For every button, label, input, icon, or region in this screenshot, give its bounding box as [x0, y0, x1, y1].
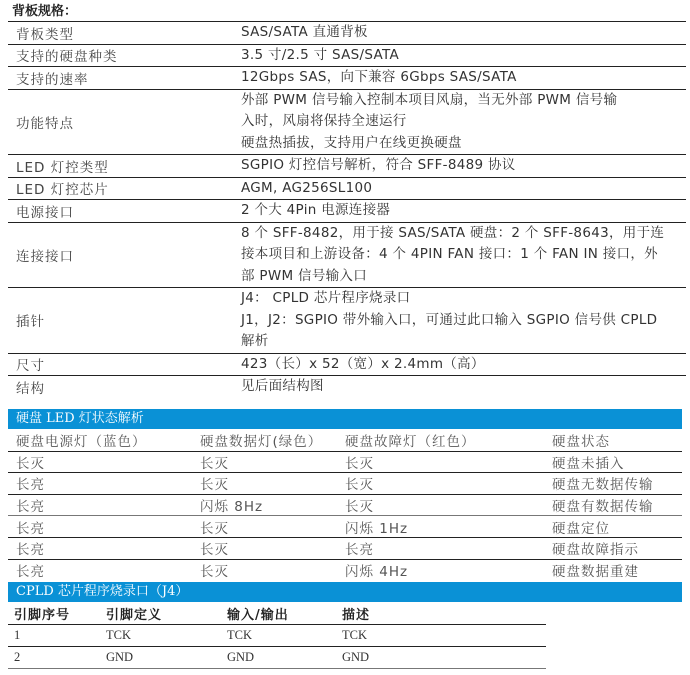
spec-value: 外部 PWM 信号输入控制本项目风扇，当无外部 PWM 信号输 入时，风扇将保持…: [240, 90, 686, 155]
table-row: 长亮 长灭 闪烁 4Hz 硬盘数据重建: [8, 560, 682, 582]
spec-value-line: 解析: [241, 331, 686, 353]
cell: 硬盘数据重建: [552, 560, 682, 580]
spec-key: 插针: [8, 288, 240, 353]
cell: 长亮: [8, 517, 200, 537]
cell: TCK: [342, 628, 546, 643]
cell: GND: [227, 650, 342, 665]
spec-key: LED 灯控类型: [8, 155, 240, 177]
table-row: 长亮 长灭 长灭 硬盘无数据传输: [8, 473, 682, 495]
spec-value-line: 12Gbps SAS，向下兼容 6Gbps SAS/SATA: [241, 67, 686, 89]
cell: GND: [342, 650, 546, 665]
spec-row-disk-types: 支持的硬盘种类 3.5 寸/2.5 寸 SAS/SATA: [8, 44, 686, 67]
spec-value: AGM, AG256SL100: [240, 178, 686, 200]
spec-key: 支持的硬盘种类: [8, 45, 240, 67]
cell: 长亮: [8, 538, 200, 558]
header-io: 输入/输出: [227, 604, 342, 623]
cpld-pin-table: 引脚序号 引脚定义 输入/输出 描述 1 TCK TCK TCK 2 GND G…: [8, 603, 546, 669]
cell: 长灭: [8, 452, 200, 472]
spec-value-line: 外部 PWM 信号输入控制本项目风扇，当无外部 PWM 信号输: [241, 90, 686, 112]
spec-row-pins: 插针 J4： CPLD 芯片程序烧录口 J1，J2：SGPIO 带外输入口，可通…: [8, 287, 686, 353]
spec-key: 背板类型: [8, 22, 240, 44]
spec-key: 功能特点: [8, 90, 240, 155]
cell: 长亮: [8, 495, 200, 515]
spec-row-backplane-type: 背板类型 SAS/SATA 直通背板: [8, 21, 686, 44]
spec-value-line: AGM, AG256SL100: [241, 178, 686, 200]
header-pin-definition: 引脚定义: [106, 604, 227, 623]
led-status-table: 硬盘电源灯（蓝色） 硬盘数据灯(绿色） 硬盘故障灯（红色） 硬盘状态 长灭 长灭…: [8, 430, 682, 581]
spec-value: 8 个 SFF-8482，用于接 SAS/SATA 硬盘：2 个 SFF-864…: [240, 223, 686, 288]
spec-row-connectors: 连接接口 8 个 SFF-8482，用于接 SAS/SATA 硬盘：2 个 SF…: [8, 222, 686, 288]
header-fault-led: 硬盘故障灯（红色）: [345, 430, 552, 450]
spec-value-line: J4： CPLD 芯片程序烧录口: [241, 288, 686, 310]
cpld-table-header: 引脚序号 引脚定义 输入/输出 描述: [8, 603, 546, 625]
spec-value-line: J1，J2：SGPIO 带外输入口，可通过此口输入 SGPIO 信号供 CPLD: [241, 310, 686, 332]
spec-value-line: 接本项目和上游设备：4 个 4PIN FAN 接口：1 个 FAN IN 接口，…: [241, 244, 686, 266]
table-row: 长亮 长灭 闪烁 1Hz 硬盘定位: [8, 516, 682, 538]
spec-row-structure: 结构 见后面结构图: [8, 375, 686, 398]
spec-value: 12Gbps SAS，向下兼容 6Gbps SAS/SATA: [240, 67, 686, 89]
cell: 长灭: [200, 517, 345, 537]
spec-value-line: 423（长）x 52（宽）x 2.4mm（高）: [241, 354, 686, 376]
header-disk-status: 硬盘状态: [552, 430, 682, 450]
cell: 闪烁 1Hz: [345, 517, 552, 537]
spec-value: SAS/SATA 直通背板: [240, 22, 686, 44]
spec-value: 423（长）x 52（宽）x 2.4mm（高）: [240, 354, 686, 376]
header-data-led: 硬盘数据灯(绿色）: [200, 430, 345, 450]
cell: 硬盘有数据传输: [552, 495, 682, 515]
cell: 硬盘未插入: [552, 452, 682, 472]
spec-value-line: 3.5 寸/2.5 寸 SAS/SATA: [241, 45, 686, 67]
cell: 长亮: [8, 560, 200, 580]
cell: 长灭: [200, 452, 345, 472]
cell: 长灭: [345, 495, 552, 515]
table-row: 2 GND GND GND: [8, 647, 546, 669]
spec-key: 支持的速率: [8, 67, 240, 89]
led-table-header: 硬盘电源灯（蓝色） 硬盘数据灯(绿色） 硬盘故障灯（红色） 硬盘状态: [8, 430, 682, 452]
cell: GND: [106, 650, 227, 665]
cell: 长灭: [345, 473, 552, 493]
table-row: 长亮 长灭 长亮 硬盘故障指示: [8, 538, 682, 560]
spec-value-line: 见后面结构图: [241, 376, 686, 398]
cell: 硬盘故障指示: [552, 538, 682, 558]
spec-key: 连接接口: [8, 223, 240, 288]
header-description: 描述: [342, 604, 546, 623]
spec-key: 电源接口: [8, 200, 240, 222]
spec-title: 背板规格：: [12, 4, 77, 20]
spec-value-line: SGPIO 灯控信号解析，符合 SFF-8489 协议: [241, 155, 686, 177]
spec-value-line: 部 PWM 信号输入口: [241, 266, 686, 288]
spec-row-size: 尺寸 423（长）x 52（宽）x 2.4mm（高）: [8, 353, 686, 376]
spec-value: SGPIO 灯控信号解析，符合 SFF-8489 协议: [240, 155, 686, 177]
spec-key: LED 灯控芯片: [8, 178, 240, 200]
spec-row-power: 电源接口 2 个大 4Pin 电源连接器: [8, 199, 686, 222]
cell: 长亮: [8, 473, 200, 493]
cell: 硬盘无数据传输: [552, 473, 682, 493]
cell: 硬盘定位: [552, 517, 682, 537]
cell: TCK: [106, 628, 227, 643]
cpld-section-header: CPLD 芯片程序烧录口（J4）: [8, 582, 682, 602]
cell: 闪烁 4Hz: [345, 560, 552, 580]
cell: 长灭: [200, 473, 345, 493]
header-power-led: 硬盘电源灯（蓝色）: [8, 430, 200, 450]
spec-value-line: SAS/SATA 直通背板: [241, 22, 686, 44]
spec-key: 尺寸: [8, 354, 240, 376]
spec-row-features: 功能特点 外部 PWM 信号输入控制本项目风扇，当无外部 PWM 信号输 入时，…: [8, 89, 686, 155]
spec-row-led-control-type: LED 灯控类型 SGPIO 灯控信号解析，符合 SFF-8489 协议: [8, 154, 686, 177]
spec-value-line: 入时，风扇将保持全速运行: [241, 111, 686, 133]
spec-value-line: 8 个 SFF-8482，用于接 SAS/SATA 硬盘：2 个 SFF-864…: [241, 223, 686, 245]
header-pin-number: 引脚序号: [8, 604, 106, 623]
cell: 长灭: [200, 538, 345, 558]
spec-value: J4： CPLD 芯片程序烧录口 J1，J2：SGPIO 带外输入口，可通过此口…: [240, 288, 686, 353]
spec-value-line: 硬盘热插拔，支持用户在线更换硬盘: [241, 133, 686, 155]
cell: TCK: [227, 628, 342, 643]
cell: 闪烁 8Hz: [200, 495, 345, 515]
cell: 1: [8, 628, 106, 643]
spec-row-rate: 支持的速率 12Gbps SAS，向下兼容 6Gbps SAS/SATA: [8, 66, 686, 89]
table-row: 1 TCK TCK TCK: [8, 625, 546, 647]
cell: 长灭: [345, 452, 552, 472]
spec-row-led-chip: LED 灯控芯片 AGM, AG256SL100: [8, 177, 686, 200]
spec-value: 3.5 寸/2.5 寸 SAS/SATA: [240, 45, 686, 67]
spec-table: 背板类型 SAS/SATA 直通背板 支持的硬盘种类 3.5 寸/2.5 寸 S…: [8, 21, 686, 398]
cell: 长灭: [200, 560, 345, 580]
cell: 2: [8, 650, 106, 665]
spec-value: 2 个大 4Pin 电源连接器: [240, 200, 686, 222]
table-row: 长灭 长灭 长灭 硬盘未插入: [8, 452, 682, 474]
spec-value: 见后面结构图: [240, 376, 686, 398]
spec-value-line: 2 个大 4Pin 电源连接器: [241, 200, 686, 222]
spec-key: 结构: [8, 376, 240, 398]
led-section-header: 硬盘 LED 灯状态解析: [8, 409, 682, 429]
table-row: 长亮 闪烁 8Hz 长灭 硬盘有数据传输: [8, 495, 682, 517]
cell: 长亮: [345, 538, 552, 558]
